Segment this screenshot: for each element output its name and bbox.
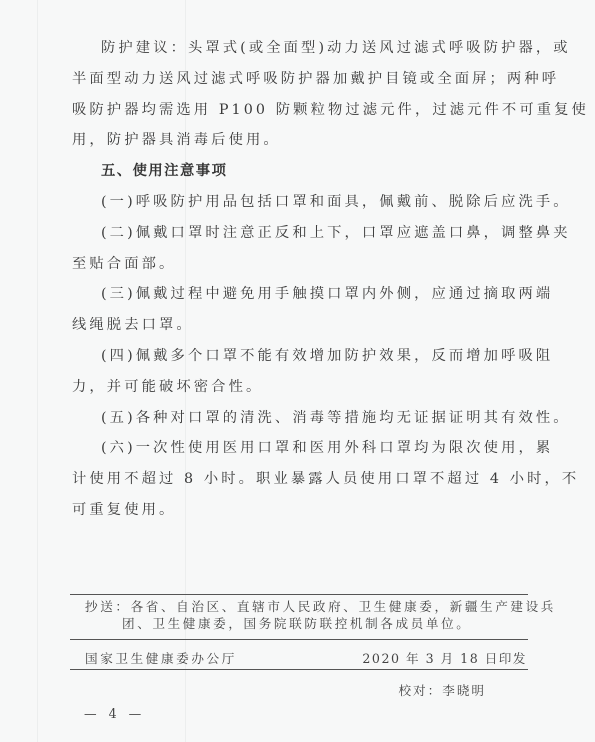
document-body: 防护建议：头罩式(或全面型)动力送风过滤式呼吸防护器，或半面型动力送风过滤式呼吸… bbox=[72, 33, 532, 526]
paragraph-line: 计使用不超过 8 小时。职业暴露人员使用口罩不超过 4 小时，不 bbox=[72, 464, 532, 495]
issue-date: 2020 年 3 月 18 日印发 bbox=[362, 648, 527, 667]
paragraph-line: 吸防护器均需选用 P100 防颗粒物过滤元件，过滤元件不可重复使 bbox=[72, 95, 532, 126]
page-fold-line bbox=[37, 0, 38, 742]
paragraph-line: (四)佩戴多个口罩不能有效增加防护效果，反而增加呼吸阻 bbox=[72, 341, 532, 372]
divider-middle bbox=[70, 639, 528, 640]
paragraph-line: (六)一次性使用医用口罩和医用外科口罩均为限次使用，累 bbox=[72, 433, 532, 464]
paragraph-line: 防护建议：头罩式(或全面型)动力送风过滤式呼吸防护器，或 bbox=[72, 33, 532, 64]
proofreader: 校对：李晓明 bbox=[398, 680, 486, 699]
paragraph-line: 可重复使用。 bbox=[72, 495, 532, 526]
paragraph-line: 至贴合面部。 bbox=[72, 249, 532, 280]
divider-bottom bbox=[70, 669, 528, 670]
issuing-office: 国家卫生健康委办公厅 bbox=[85, 648, 237, 667]
page-number: — 4 — bbox=[84, 706, 145, 721]
paragraph-line: (一)呼吸防护用品包括口罩和面具，佩戴前、脱除后应洗手。 bbox=[72, 187, 532, 218]
paragraph-line: (五)各种对口罩的清洗、消毒等措施均无证据证明其有效性。 bbox=[72, 403, 532, 434]
section-heading: 五、使用注意事项 bbox=[72, 156, 532, 187]
paragraph-line: (二)佩戴口罩时注意正反和上下，口罩应遮盖口鼻，调整鼻夹 bbox=[72, 218, 532, 249]
cc-line-2: 团、卫生健康委，国务院联防联控机制各成员单位。 bbox=[85, 615, 556, 632]
paragraph-line: (三)佩戴过程中避免用手触摸口罩内外侧，应通过摘取两端 bbox=[72, 279, 532, 310]
paragraph-line: 线绳脱去口罩。 bbox=[72, 310, 532, 341]
document-page: 防护建议：头罩式(或全面型)动力送风过滤式呼吸防护器，或半面型动力送风过滤式呼吸… bbox=[0, 0, 595, 742]
cc-distribution: 抄送：各省、自治区、直辖市人民政府、卫生健康委，新疆生产建设兵 团、卫生健康委，… bbox=[85, 598, 556, 632]
paragraph-line: 半面型动力送风过滤式呼吸防护器加戴护目镜或全面屏；两种呼 bbox=[72, 64, 532, 95]
paragraph-line: 用，防护器具消毒后使用。 bbox=[72, 125, 532, 156]
divider-top bbox=[70, 594, 528, 595]
paragraph-line: 力，并可能破坏密合性。 bbox=[72, 372, 532, 403]
cc-line-1: 抄送：各省、自治区、直辖市人民政府、卫生健康委，新疆生产建设兵 bbox=[85, 598, 556, 615]
